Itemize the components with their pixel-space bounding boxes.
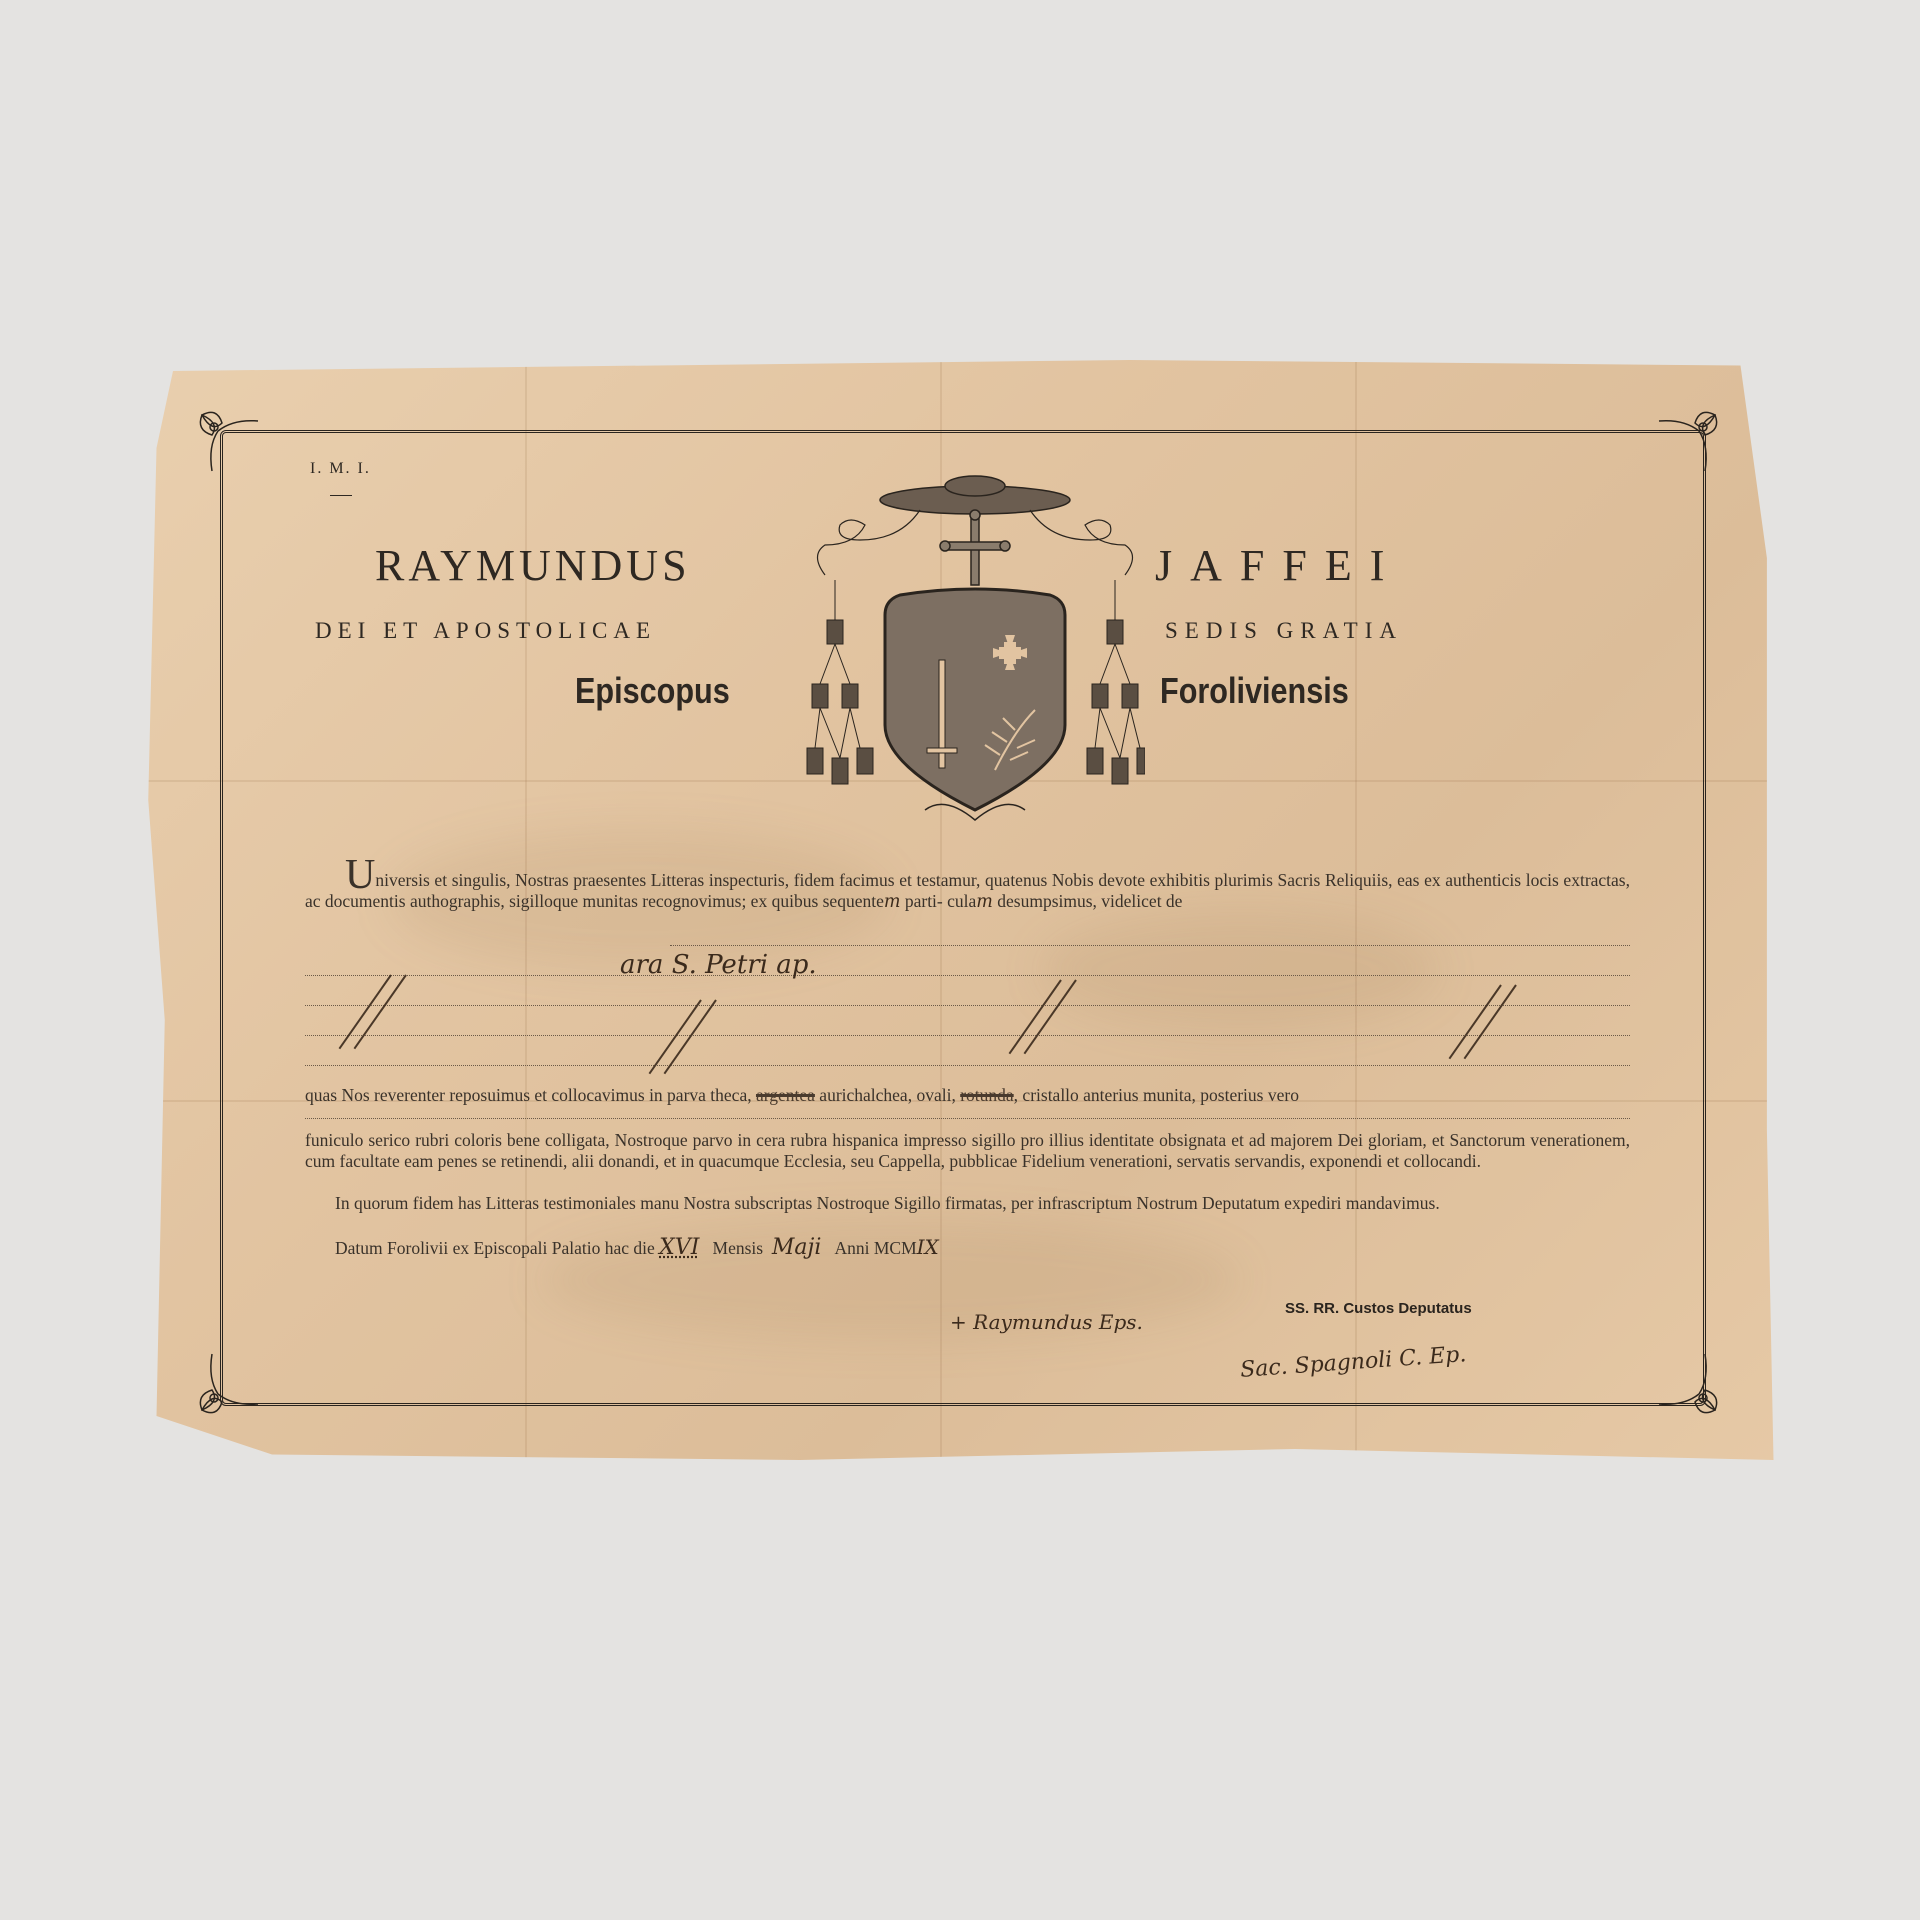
floral-corner-icon — [192, 405, 262, 475]
floral-corner-icon — [1655, 1350, 1725, 1420]
shield-icon — [885, 589, 1065, 810]
bishop-signature: + Raymundus Eps. — [950, 1310, 1143, 1334]
fill-line — [670, 945, 1630, 946]
relic-certificate: I. M. I. RAYMUNDUS JAFFEI DEI ET APOSTOL… — [140, 360, 1790, 1460]
floral-corner-icon — [1655, 405, 1725, 475]
struck-word: argentea — [756, 1085, 815, 1105]
coat-of-arms — [805, 470, 1145, 830]
processional-cross-icon — [940, 510, 1010, 585]
floral-corner-icon — [192, 1350, 262, 1420]
handwritten-ending: m — [884, 892, 901, 912]
monogram: I. M. I. — [310, 460, 371, 478]
monogram-underline — [330, 495, 352, 496]
certification-paragraph: Universis et singulis, Nostras praesente… — [305, 860, 1630, 913]
year-handwritten: IX — [917, 1235, 939, 1259]
reliquary-description: quas Nos reverenter reposuimus et colloc… — [305, 1085, 1630, 1106]
bishop-first-name: RAYMUNDUS — [375, 540, 691, 591]
handwritten-ending: m — [976, 892, 993, 912]
struck-word: rotunda — [960, 1085, 1013, 1105]
bishop-surname: JAFFEI — [1155, 540, 1402, 591]
testimony-paragraph: In quorum fidem has Litteras testimonial… — [305, 1193, 1630, 1214]
title-foroliviensis: Foroliviensis — [1160, 670, 1349, 712]
day-handwritten: XVI — [659, 1235, 699, 1260]
fill-line — [305, 975, 1630, 976]
fill-line — [305, 1005, 1630, 1006]
date-line: Datum Forolivii ex Episcopali Palatio ha… — [305, 1237, 1630, 1259]
title-episcopus: Episcopus — [575, 670, 730, 712]
galero-hat-icon — [880, 476, 1070, 514]
deputy-title: SS. RR. Custos Deputatus — [1285, 1300, 1472, 1317]
month-handwritten: Maji — [772, 1235, 822, 1260]
relic-name-handwritten: ara S. Petri ap. — [620, 950, 817, 980]
fill-line — [305, 1035, 1630, 1036]
fill-line — [305, 1065, 1630, 1066]
subtitle-right: SEDIS GRATIA — [1165, 618, 1403, 644]
sealing-paragraph: funiculo serico rubri coloris bene colli… — [305, 1130, 1630, 1172]
subtitle-left: DEI ET APOSTOLICAE — [315, 618, 656, 644]
fill-line — [305, 1118, 1630, 1119]
